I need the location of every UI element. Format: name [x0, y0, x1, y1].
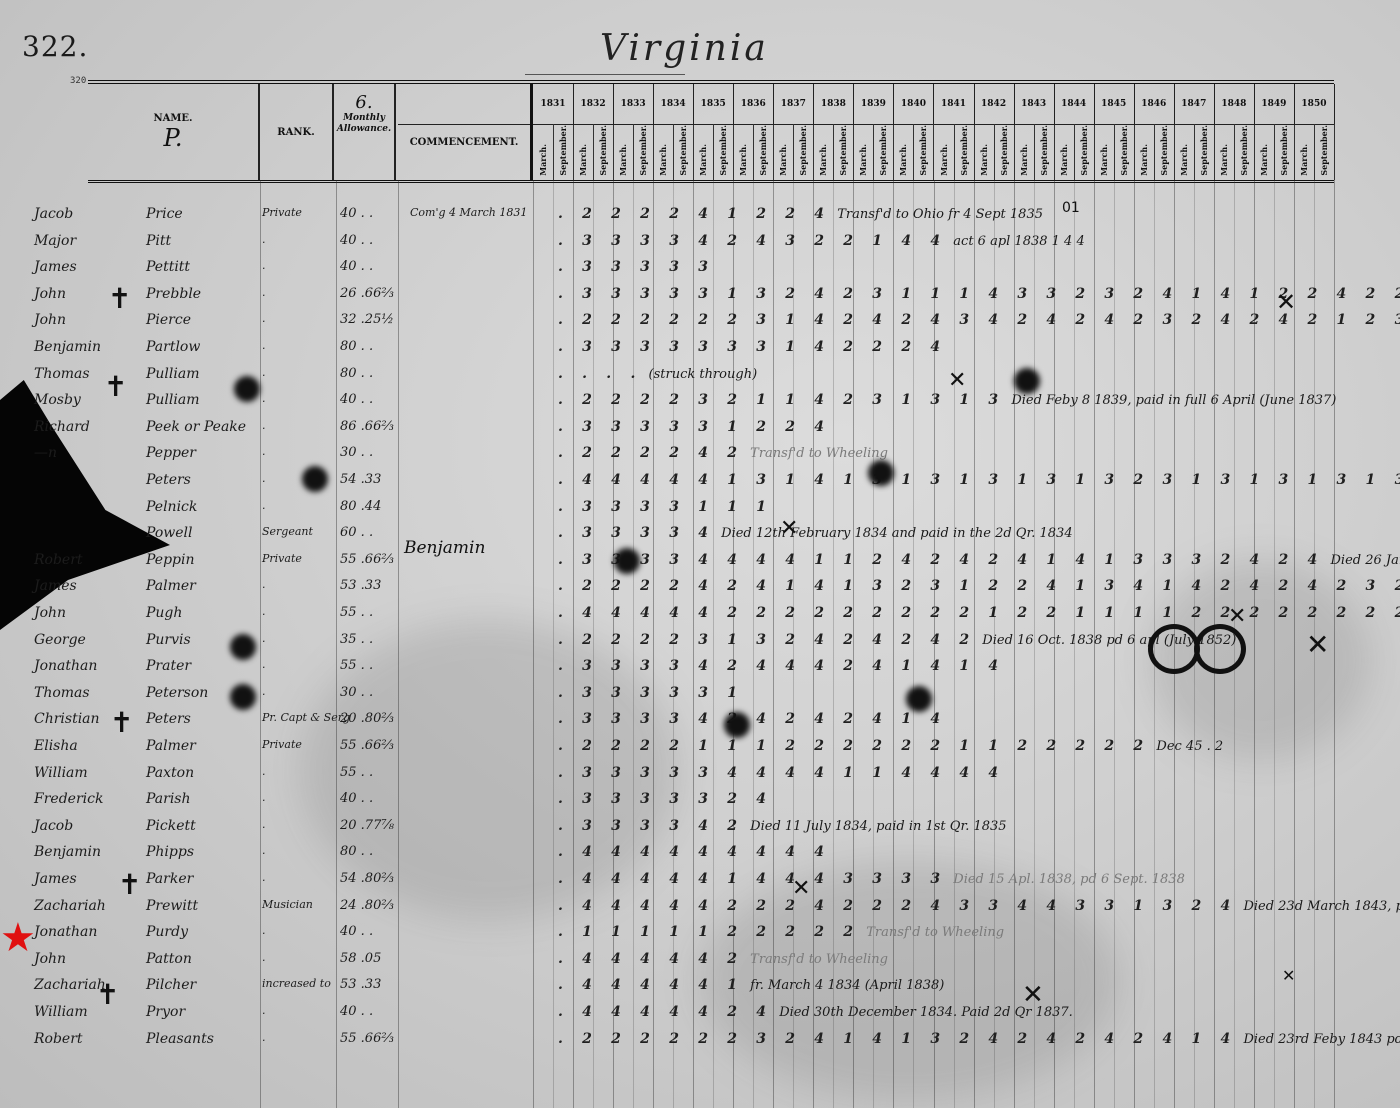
- first-name: Thomas: [34, 366, 90, 382]
- september-column-header: September.: [1074, 124, 1095, 180]
- rank: .: [262, 685, 266, 698]
- register-row: Pelnick.80 .44. 3 3 3 3 1 1 1: [0, 499, 1400, 527]
- allowance-column-header: 6. Monthly Allowance.: [334, 84, 396, 180]
- year-header: 1834: [653, 84, 694, 125]
- monthly-allowance: 80 . .: [340, 339, 373, 354]
- row-annotation: Died 23rd Feby 1843 pd 1st Qr 1844: [1243, 1032, 1400, 1047]
- ink-blot-x: [868, 460, 894, 486]
- rank: .: [262, 818, 266, 831]
- rank: .: [262, 578, 266, 591]
- rank: .: [262, 419, 266, 432]
- year-header: 1849: [1254, 84, 1295, 125]
- payment-values: . 2 2 2 2 3 1 3 2 4 2 4 2 4 2: [558, 632, 976, 648]
- last-name: Pepper: [146, 445, 196, 461]
- ink-blot-x: [230, 684, 256, 710]
- september-column-header: September.: [873, 124, 894, 180]
- register-row: JohnPierce.32 .25½. 2 2 2 2 2 2 3 1 4 2 …: [0, 312, 1400, 340]
- last-name: Pulliam: [146, 392, 200, 408]
- half-year-label: March.: [738, 144, 748, 176]
- cross-mark: ✝: [96, 978, 119, 1011]
- monthly-allowance: 30 . .: [340, 445, 373, 460]
- half-year-label: March.: [939, 144, 949, 176]
- payment-values: . 4 4 4 4 4 2 2 2 4 2 2 2 4 3 3 4 4 3 3 …: [558, 898, 1237, 914]
- row-annotation: Transf'd to Wheeling: [866, 925, 1004, 940]
- september-column-header: September.: [713, 124, 734, 180]
- last-name: Peppin: [146, 552, 195, 568]
- first-name: —n: [34, 445, 57, 461]
- march-column-header: March.: [533, 124, 554, 180]
- register-row: —nPepper.30 . .. 2 2 2 2 4 2Transf'd to …: [0, 445, 1400, 473]
- allowance-number: 6.: [355, 92, 372, 113]
- half-year-label: March.: [618, 144, 628, 176]
- september-column-header: September.: [633, 124, 654, 180]
- last-name: Prewitt: [146, 898, 198, 914]
- payment-entries: . 1 1 1 1 1 2 2 2 2 2Transf'd to Wheelin…: [558, 924, 1004, 940]
- september-column-header: September.: [833, 124, 854, 180]
- first-name: Major: [34, 233, 76, 249]
- half-year-label: March.: [1179, 144, 1189, 176]
- payment-values: . 4 4 4 4 4 1 3 1 4 1 3 1 3 1 3 1 3 1 3 …: [558, 472, 1400, 488]
- payment-values: . 3 3 3 3 4 2 4 2 4 2 4 1 4: [558, 711, 947, 727]
- half-year-label: September.: [1079, 125, 1089, 176]
- september-column-header: September.: [673, 124, 694, 180]
- year-header: 1844: [1054, 84, 1095, 125]
- payment-values: . 4 4 4 4 4 2 4: [558, 1004, 773, 1020]
- last-name: Pitt: [146, 233, 171, 249]
- ink-blot-x: [302, 466, 328, 492]
- register-row: ElishaPalmerPrivate55 .66⅔. 2 2 2 2 1 1 …: [0, 738, 1400, 766]
- payment-values: . 3 3 3 3 3: [558, 259, 715, 275]
- march-column-header: March.: [974, 124, 995, 180]
- year-header: 1831: [533, 84, 574, 125]
- payment-entries: . 4 4 4 4 4 1 4 4 4 3 3 3 3Died 15 Apl. …: [558, 871, 1185, 887]
- last-name: Purdy: [146, 924, 188, 940]
- first-name: Elisha: [34, 738, 78, 754]
- year-header: 1843: [1014, 84, 1055, 125]
- row-annotation: Died 26 Jany 1845 pd 3 Qr 1845: [1330, 553, 1400, 568]
- first-name: Benjamin: [34, 339, 101, 355]
- march-column-header: March.: [1054, 124, 1075, 180]
- rank: .: [262, 765, 266, 778]
- september-column-header: September.: [954, 124, 975, 180]
- x-mark: ✕: [1306, 628, 1329, 661]
- half-year-label: March.: [1099, 144, 1109, 176]
- payment-entries: . 4 4 4 4 4 2 2 2 2 2 2 2 2 2 1 2 2 1 1 …: [558, 605, 1400, 621]
- half-year-label: September.: [1319, 125, 1329, 176]
- rank: .: [262, 312, 266, 325]
- half-year-label: September.: [718, 125, 728, 176]
- register-header: NAME. P. RANK. 6. Monthly Allowance. COM…: [88, 80, 1334, 183]
- half-year-label: March.: [979, 144, 989, 176]
- monthly-allowance: 20 .77⅞: [340, 818, 394, 833]
- rank: .: [262, 286, 266, 299]
- september-column-header: September.: [1314, 124, 1335, 180]
- last-name: Peters: [146, 472, 191, 488]
- first-name: Jonathan: [34, 924, 97, 940]
- last-name: Partlow: [146, 339, 200, 355]
- payment-values: . 3 3 3 3 4 2 4 3 2 2 1 4 4: [558, 233, 947, 249]
- september-column-header: September.: [753, 124, 774, 180]
- september-column-header: September.: [793, 124, 814, 180]
- payment-values: . 3 3 3 3 4 2: [558, 818, 744, 834]
- monthly-allowance: 40 . .: [340, 924, 373, 939]
- year-header: 1846: [1134, 84, 1175, 125]
- march-column-header: March.: [1134, 124, 1155, 180]
- x-mark: ✕: [1022, 980, 1044, 1010]
- last-name: Pryor: [146, 1004, 185, 1020]
- ink-blot-x: [906, 686, 932, 712]
- payment-entries: . 2 2 2 2 4 2Transf'd to Wheeling: [558, 445, 888, 461]
- payment-values: . 3 3 3 3 3 3 3 1 4 2 2 2 4: [558, 339, 947, 355]
- first-name: Zachariah: [34, 898, 106, 914]
- march-column-header: March.: [1294, 124, 1315, 180]
- september-column-header: September.: [1154, 124, 1175, 180]
- cross-mark: ✝: [104, 370, 127, 403]
- payment-values: . 4 4 4 4 4 1 4 4 4 3 3 3 3: [558, 871, 947, 887]
- monthly-allowance: 55 .66⅔: [340, 1031, 394, 1046]
- payment-entries: . 2 2 2 2 3 2 1 1 4 2 3 1 3 1 3Died Feby…: [558, 392, 1336, 408]
- payment-entries: . 3 3 3 3 3 1: [558, 685, 750, 701]
- payment-values: . 2 2 2 2 4 2 4 1 4 1 3 2 3 1 2 2 4 1 3 …: [558, 578, 1400, 594]
- half-year-label: September.: [1199, 125, 1209, 176]
- rank: Private: [262, 206, 302, 219]
- half-year-label: March.: [1139, 144, 1149, 176]
- benjamin-annotation: Benjamin: [404, 538, 485, 558]
- half-year-label: March.: [1299, 144, 1309, 176]
- march-column-header: March.: [573, 124, 594, 180]
- monthly-allowance: 32 .25½: [340, 312, 394, 327]
- year-header: 1836: [733, 84, 774, 125]
- rank: .: [262, 445, 266, 458]
- monthly-allowance: 40 . .: [340, 259, 373, 274]
- half-year-label: September.: [678, 125, 688, 176]
- march-column-header: March.: [1094, 124, 1115, 180]
- monthly-allowance: 40 . .: [340, 791, 373, 806]
- first-name: Frederick: [34, 791, 103, 807]
- rank: .: [262, 951, 266, 964]
- march-column-header: March.: [773, 124, 794, 180]
- last-name: Peterson: [146, 685, 208, 701]
- monthly-allowance: 53 .33: [340, 977, 381, 992]
- monthly-allowance: 55 . .: [340, 658, 373, 673]
- payment-entries: . 3 3 3 3 3 3 3 1 4 2 2 2 4: [558, 339, 953, 355]
- half-year-label: September.: [758, 125, 768, 176]
- payment-values: . 1 1 1 1 1 2 2 2 2 2: [558, 924, 860, 940]
- half-year-label: September.: [1159, 125, 1169, 176]
- page-number: 322.: [22, 30, 88, 63]
- payment-entries: . 3 3 3 3 4 2 4 3 2 2 1 4 4act 6 apl 183…: [558, 233, 1085, 249]
- payment-entries: . 4 4 4 4 4 2 4Died 30th December 1834. …: [558, 1004, 1073, 1020]
- monthly-allowance: 80 .44: [340, 499, 381, 514]
- row-annotation: Died Feby 8 1839, paid in full 6 April (…: [1011, 393, 1336, 408]
- march-column-header: March.: [1254, 124, 1275, 180]
- rank: .: [262, 259, 266, 272]
- row-annotation: Died 12th February 1834 and paid in the …: [721, 526, 1072, 541]
- rank: increased to: [262, 977, 331, 990]
- payment-entries: . 3 3 3 3 4 2 4 4 4 2 4 1 4 1 4: [558, 658, 1011, 674]
- monthly-allowance: 80 . .: [340, 366, 373, 381]
- x-mark: ✕: [780, 516, 798, 541]
- payment-entries: . 2 2 2 2 4 1 2 2 4Transf'd to Ohio fr 4…: [558, 206, 1043, 222]
- rank-label: RANK.: [277, 127, 314, 138]
- first-name: John: [34, 312, 66, 328]
- half-year-label: March.: [1259, 144, 1269, 176]
- payment-entries: . 3 3 3 3 3 4 4 4 4 1 1 4 4 4 4: [558, 765, 1011, 781]
- half-year-label: March.: [1059, 144, 1069, 176]
- half-year-label: September.: [959, 125, 969, 176]
- last-name: Parish: [146, 791, 191, 807]
- ink-blot-x: [614, 548, 640, 574]
- register-row: BenjaminPartlow.80 . .. 3 3 3 3 3 3 3 1 …: [0, 339, 1400, 367]
- cross-mark: ✝: [110, 706, 133, 739]
- register-row: MosbyPulliam.40 . .. 2 2 2 2 3 2 1 1 4 2…: [0, 392, 1400, 420]
- rank: .: [262, 339, 266, 352]
- rank: .: [262, 924, 266, 937]
- september-column-header: September.: [913, 124, 934, 180]
- year-header: 1833: [613, 84, 654, 125]
- half-year-label: September.: [598, 125, 608, 176]
- monthly-allowance: 60 . .: [340, 525, 373, 540]
- register-row: ThomasPulliam.80 . .. . . .(struck throu…: [0, 366, 1400, 394]
- row-annotation: act 6 apl 1838 1 4 4: [953, 234, 1084, 249]
- rank: .: [262, 499, 266, 512]
- circled-entry: [1148, 624, 1200, 674]
- last-name: Pulliam: [146, 366, 200, 382]
- payment-values: . 3 3 3 3 4: [558, 525, 715, 541]
- first-name: Robert: [34, 1031, 83, 1047]
- payment-values: . 3 3 3 3 1 1 1: [558, 499, 773, 515]
- last-name: Palmer: [146, 738, 196, 754]
- monthly-allowance: 55 .66⅔: [340, 738, 394, 753]
- commencement-column-header: COMMENCEMENT.: [398, 84, 533, 180]
- row-annotation: Transf'd to Wheeling: [750, 952, 888, 967]
- first-name: Thomas: [34, 685, 90, 701]
- half-year-label: September.: [558, 125, 568, 176]
- row-annotation: Transf'd to Wheeling: [750, 446, 888, 461]
- ink-blot-x: [234, 376, 260, 402]
- last-name: Palmer: [146, 578, 196, 594]
- last-name: Peek or Peake: [146, 419, 246, 435]
- year-header: 1840: [893, 84, 934, 125]
- commencement: Com'g 4 March 1831: [410, 206, 527, 219]
- first-name: James: [34, 259, 77, 275]
- march-column-header: March.: [613, 124, 634, 180]
- half-year-label: March.: [658, 144, 668, 176]
- last-name: Purvis: [146, 632, 191, 648]
- half-year-label: September.: [638, 125, 648, 176]
- year-header: 1837: [773, 84, 814, 125]
- march-column-header: March.: [653, 124, 674, 180]
- first-name: Christian: [34, 711, 100, 727]
- monthly-allowance: 54 .80⅔: [340, 871, 394, 886]
- half-year-label: March.: [818, 144, 828, 176]
- year-header: 1845: [1094, 84, 1135, 125]
- payment-values: . 3 3 3 3 3 1 2 2 4: [558, 419, 831, 435]
- rank: Private: [262, 552, 302, 565]
- half-year-label: September.: [798, 125, 808, 176]
- payment-entries: . 2 2 2 2 2 2 3 1 4 2 4 2 4 3 4 2 4 2 4 …: [558, 312, 1400, 328]
- rank: .: [262, 844, 266, 857]
- payment-values: . 3 3 3 3 4 4 4 4 1 1 2 4 2 4 2 4 1 4 1 …: [558, 552, 1324, 568]
- payment-entries: . 2 2 2 2 2 2 3 2 4 1 4 1 3 2 4 2 4 2 4 …: [558, 1031, 1400, 1047]
- payment-values: . 2 2 2 2 3 2 1 1 4 2 3 1 3 1 3: [558, 392, 1005, 408]
- register-row: JacobPickett.20 .77⅞. 3 3 3 3 4 2Died 11…: [0, 818, 1400, 846]
- first-name: William: [34, 1004, 88, 1020]
- half-year-label: September.: [878, 125, 888, 176]
- payment-entries: . 3 3 3 3 3 2 4: [558, 791, 779, 807]
- payment-entries: . 3 3 3 3 3: [558, 259, 721, 275]
- cross-mark: ✝: [108, 282, 131, 315]
- first-name: Jacob: [34, 206, 73, 222]
- title-underline: [525, 74, 685, 75]
- first-name: James: [34, 578, 77, 594]
- rank: .: [262, 233, 266, 246]
- page-title: Virginia: [600, 28, 769, 69]
- payment-values: . 2 2 2 2 2 2 3 1 4 2 4 2 4 3 4 2 4 2 4 …: [558, 312, 1400, 328]
- register-row: JohnPrebble.26 .66⅔. 3 3 3 3 3 1 3 2 4 2…: [0, 286, 1400, 314]
- commencement-label: COMMENCEMENT.: [410, 137, 519, 148]
- monthly-allowance: 54 .33: [340, 472, 381, 487]
- last-name: Prater: [146, 658, 191, 674]
- payment-values: . 3 3 3 3 4 2 4 4 4 2 4 1 4 1 4: [558, 658, 1005, 674]
- first-name: George: [34, 632, 86, 648]
- year-columns: 1831March.September.1832March.September.…: [533, 84, 1334, 180]
- monthly-allowance: 40 . .: [340, 392, 373, 407]
- last-name: Pierce: [146, 312, 191, 328]
- register-row: JamesPettitt.40 . .. 3 3 3 3 3: [0, 259, 1400, 287]
- register-row: ChristianPetersPr. Capt & Serg20 .80⅔. 3…: [0, 711, 1400, 739]
- year-header: 1842: [974, 84, 1015, 125]
- rank-column-header: RANK.: [260, 84, 334, 180]
- rank: Musician: [262, 898, 313, 911]
- payment-entries: . 3 3 3 3 3 1 3 2 4 2 3 1 1 1 4 3 3 2 3 …: [558, 286, 1400, 302]
- payment-entries: . 3 3 3 3 4Died 12th February 1834 and p…: [558, 525, 1073, 541]
- register-row: RobertPleasants.55 .66⅔. 2 2 2 2 2 2 3 2…: [0, 1031, 1400, 1059]
- rank: .: [262, 605, 266, 618]
- cross-mark: ✝: [118, 868, 141, 901]
- monthly-allowance: 40 . .: [340, 206, 373, 221]
- last-name: Parker: [146, 871, 193, 887]
- year-header: 1838: [813, 84, 854, 125]
- payment-entries: . 3 3 3 3 4 4 4 4 1 1 2 4 2 4 2 4 1 4 1 …: [558, 552, 1400, 568]
- rank: .: [262, 1004, 266, 1017]
- last-name: Peters: [146, 711, 191, 727]
- half-year-label: September.: [1039, 125, 1049, 176]
- first-name: James: [34, 871, 77, 887]
- monthly-allowance: 40 . .: [340, 1004, 373, 1019]
- monthly-allowance: 58 .05: [340, 951, 381, 966]
- half-year-label: March.: [898, 144, 908, 176]
- row-annotation: fr. March 4 1834 (April 1838): [750, 978, 944, 993]
- rank: .: [262, 632, 266, 645]
- year-header: 1848: [1214, 84, 1255, 125]
- last-name: Pelnick: [146, 499, 197, 515]
- march-column-header: March.: [813, 124, 834, 180]
- register-row: ThomasPeterson.30 . .. 3 3 3 3 3 1: [0, 685, 1400, 713]
- row-annotation: Transf'd to Ohio fr 4 Sept 1835: [837, 207, 1043, 222]
- first-name: Robert: [34, 552, 83, 568]
- monthly-allowance: 35 . .: [340, 632, 373, 647]
- march-column-header: March.: [1174, 124, 1195, 180]
- name-letter: P.: [164, 124, 183, 152]
- september-column-header: September.: [1034, 124, 1055, 180]
- payment-entries: . 3 3 3 3 4 2 4 2 4 2 4 1 4: [558, 711, 953, 727]
- monthly-allowance: 55 .66⅔: [340, 552, 394, 567]
- ink-blot-x: [1014, 368, 1040, 394]
- first-name: John: [34, 286, 66, 302]
- register-row: ZachariahPilcherincreased to53 .33. 4 4 …: [0, 977, 1400, 1005]
- first-name: Mosby: [34, 392, 81, 408]
- march-column-header: March.: [1214, 124, 1235, 180]
- register-row: RichardPeek or Peake.86 .66⅔. 3 3 3 3 3 …: [0, 419, 1400, 447]
- payment-values: . 3 3 3 3 3 1 3 2 4 2 3 1 1 1 4 3 3 2 3 …: [558, 286, 1400, 302]
- register-row: JamesPalmer.53 .33. 2 2 2 2 4 2 4 1 4 1 …: [0, 578, 1400, 606]
- x-mark: ✕: [1276, 288, 1296, 316]
- rank: Sergeant: [262, 525, 313, 538]
- rank: .: [262, 366, 266, 379]
- first-name: Richard: [34, 419, 90, 435]
- register-row: RobertPeppinPrivate55 .66⅔. 3 3 3 3 4 4 …: [0, 552, 1400, 580]
- half-year-label: September.: [999, 125, 1009, 176]
- last-name: Pettitt: [146, 259, 190, 275]
- payment-entries: . 2 2 2 2 1 1 1 2 2 2 2 2 2 1 1 2 2 2 2 …: [558, 738, 1223, 754]
- last-name: Powell: [146, 525, 193, 541]
- half-year-label: September.: [1239, 125, 1249, 176]
- rank: .: [262, 871, 266, 884]
- row-annotation: Died 15 Apl. 1838, pd 6 Sept. 1838: [953, 872, 1185, 887]
- register-row: JonathanPurdy.40 . .. 1 1 1 1 1 2 2 2 2 …: [0, 924, 1400, 952]
- payment-entries: . 4 4 4 4 4 2 2 2 4 2 2 2 4 3 3 4 4 3 3 …: [558, 898, 1400, 914]
- half-year-label: September.: [1119, 125, 1129, 176]
- first-name: Jonathan: [34, 658, 97, 674]
- register-row: FrederickParish.40 . .. 3 3 3 3 3 2 4: [0, 791, 1400, 819]
- half-year-label: September.: [918, 125, 928, 176]
- last-name: Patton: [146, 951, 192, 967]
- payment-entries: . 4 4 4 4 4 1fr. March 4 1834 (April 183…: [558, 977, 944, 993]
- register-row: ZachariahPrewittMusician24 .80⅔. 4 4 4 4…: [0, 898, 1400, 926]
- register-row: JamesParker.54 .80⅔. 4 4 4 4 4 1 4 4 4 3…: [0, 871, 1400, 899]
- payment-values: . 4 4 4 4 4 4 4 4 4: [558, 844, 831, 860]
- ink-blot-x: [724, 712, 750, 738]
- half-year-label: March.: [538, 144, 548, 176]
- september-column-header: September.: [1114, 124, 1135, 180]
- payment-values: . 3 3 3 3 3 2 4: [558, 791, 773, 807]
- ink-blot-x: [230, 634, 256, 660]
- half-year-label: September.: [1279, 125, 1289, 176]
- monthly-allowance: 86 .66⅔: [340, 419, 394, 434]
- payment-entries: . 3 3 3 3 1 1 1: [558, 499, 779, 515]
- payment-entries: . 3 3 3 3 3 1 2 2 4: [558, 419, 837, 435]
- monthly-allowance: 30 . .: [340, 685, 373, 700]
- payment-values: . 4 4 4 4 4 1: [558, 977, 744, 993]
- first-name: William: [34, 765, 88, 781]
- march-column-header: March.: [693, 124, 714, 180]
- allowance-label: Allowance.: [337, 124, 391, 135]
- payment-entries: . 4 4 4 4 4 4 4 4 4: [558, 844, 837, 860]
- last-name: Paxton: [146, 765, 194, 781]
- x-mark: ✕: [792, 876, 810, 901]
- register-row: JohnPatton.58 .05. 4 4 4 4 4 2Transf'd t…: [0, 951, 1400, 979]
- rank: .: [262, 472, 266, 485]
- half-year-label: March.: [778, 144, 788, 176]
- last-name: Phipps: [146, 844, 194, 860]
- name-label: NAME.: [153, 113, 192, 124]
- september-column-header: September.: [1194, 124, 1215, 180]
- payment-entries: . 4 4 4 4 4 2Transf'd to Wheeling: [558, 951, 888, 967]
- payment-entries: . 2 2 2 2 3 1 3 2 4 2 4 2 4 2Died 16 Oct…: [558, 632, 1236, 648]
- march-column-header: March.: [934, 124, 955, 180]
- september-column-header: September.: [994, 124, 1015, 180]
